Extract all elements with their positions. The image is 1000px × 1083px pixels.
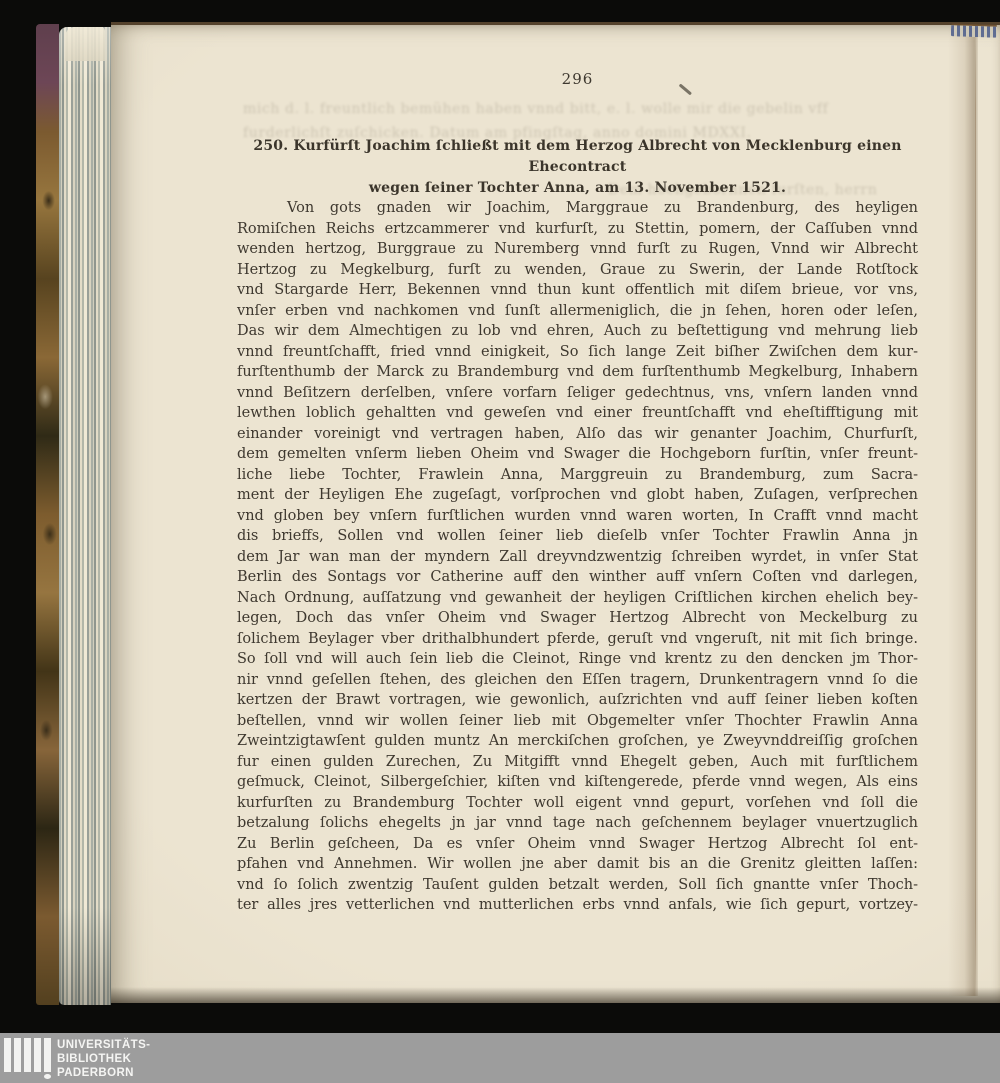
bleedthrough-text: mich d. l. freuntlich bemühen haben vnnd… xyxy=(243,101,828,117)
text-line: Hertzog zu Megkelburg, furſt zu wenden, … xyxy=(237,260,918,281)
logo-bar xyxy=(34,1038,41,1072)
text-line: dis brieffs, Sollen vnd wollen ſeiner li… xyxy=(237,526,918,547)
text-line: vnſer erben vnd nachkomen vnd ſunſt alle… xyxy=(237,301,918,322)
text-line: Zu Berlin geſcheen, Da es vnſer Oheim vn… xyxy=(237,834,918,855)
text-line: liche liebe Tochter, Frawlein Anna, Marg… xyxy=(237,465,918,486)
text-line: Das wir dem Almechtigen zu lob vnd ehren… xyxy=(237,321,918,342)
gutter-crease-line xyxy=(975,32,976,994)
logo-bar xyxy=(14,1038,21,1072)
text-line: So ſoll vnd will auch ſein lieb die Clei… xyxy=(237,649,918,670)
text-line: Berlin des Sontags vor Catherine auff de… xyxy=(237,567,918,588)
text-line: betzalung ſolichs ehegelts jn jar vnnd t… xyxy=(237,813,918,834)
text-line: vnnd Beſitzern derſelben, vnſere vorfarn… xyxy=(237,383,918,404)
book-scan: mich d. l. freuntlich bemühen haben vnnd… xyxy=(0,0,1000,1083)
library-logo xyxy=(4,1038,51,1079)
text-line: vnd globen bey vnſern furſtlichen wurden… xyxy=(237,506,918,527)
marbled-cover-edge xyxy=(36,24,59,1005)
gutter-shadow xyxy=(948,28,978,996)
library-name-line: BIBLIOTHEK xyxy=(57,1052,150,1066)
text-line: Von gots gnaden wir Joachim, Marggraue z… xyxy=(237,198,918,219)
text-line: Romiſchen Reichs ertzcammerer vnd kurfur… xyxy=(237,219,918,240)
heading-line-1: 250. Kurfürſt Joachim ſchließt mit dem H… xyxy=(237,136,918,178)
text-line: ſolichem Beylager vber drithalbhundert p… xyxy=(237,629,918,650)
text-line: legen, Doch das vnſer Oheim vnd Swager H… xyxy=(237,608,918,629)
text-line: Zweintzigtawſent gulden muntz An merckiſ… xyxy=(237,731,918,752)
text-line: einander voreinigt vnd vertragen haben, … xyxy=(237,424,918,445)
text-line: vnd ſo ſolich zwentzig Tauſent gulden be… xyxy=(237,875,918,896)
text-line: Nach Ordnung, auſſatzung vnd gewanheit d… xyxy=(237,588,918,609)
body-text: Von gots gnaden wir Joachim, Marggraue z… xyxy=(237,198,918,916)
text-line: ment der Heyligen Ehe zugeſagt, vorſproc… xyxy=(237,485,918,506)
text-line: geſmuck, Cleinot, Silbergeſchier, kiſten… xyxy=(237,772,918,793)
library-name-line: UNIVERSITÄTS- xyxy=(57,1038,150,1052)
text-line: pfahen vnd Annehmen. Wir wollen jne aber… xyxy=(237,854,918,875)
text-line: wenden hertzog, Burggraue zu Nuremberg v… xyxy=(237,239,918,260)
text-line: beſtellen, vnnd wir wollen ſeiner lieb m… xyxy=(237,711,918,732)
heading-line-2: wegen ſeiner Tochter Anna, am 13. Novemb… xyxy=(237,178,918,199)
library-name: UNIVERSITÄTS-BIBLIOTHEKPADERBORN xyxy=(57,1038,150,1080)
text-line: lewthen loblich gehaltten vnd geweſen vn… xyxy=(237,403,918,424)
library-banner: UNIVERSITÄTS-BIBLIOTHEKPADERBORN xyxy=(0,1033,1000,1083)
text-line: kurfurſten zu Brandemburg Tochter woll e… xyxy=(237,793,918,814)
logo-dot xyxy=(44,1074,51,1079)
headband xyxy=(951,23,997,38)
logo-bar xyxy=(4,1038,11,1072)
text-line: ter alles jres vetterlichen vnd mutterli… xyxy=(237,895,918,916)
text-line: fur einen gulden Zurechen, Zu Mitgifft v… xyxy=(237,752,918,773)
text-line: dem Jar wan man der myndern Zall dreyvnd… xyxy=(237,547,918,568)
logo-bar xyxy=(24,1038,31,1072)
text-line: vnd Stargarde Herr, Bekennen vnnd thun k… xyxy=(237,280,918,301)
text-line: nir vnnd geſellen ſtehen, des gleichen d… xyxy=(237,670,918,691)
text-line: kertzen der Brawt vortragen, wie gewonli… xyxy=(237,690,918,711)
document-heading: 250. Kurfürſt Joachim ſchließt mit dem H… xyxy=(237,136,918,199)
logo-bar xyxy=(44,1038,51,1072)
page-number: 296 xyxy=(237,70,918,88)
page-block-fore-edge xyxy=(59,27,111,1005)
text-line: vnnd freuntſchafft, fried vnnd einigkeit… xyxy=(237,342,918,363)
library-name-line: PADERBORN xyxy=(57,1066,150,1080)
text-line: dem gemelten vnſerm lieben Oheim vnd Swa… xyxy=(237,444,918,465)
text-line: furſtenthumb der Marck zu Brandemburg vn… xyxy=(237,362,918,383)
